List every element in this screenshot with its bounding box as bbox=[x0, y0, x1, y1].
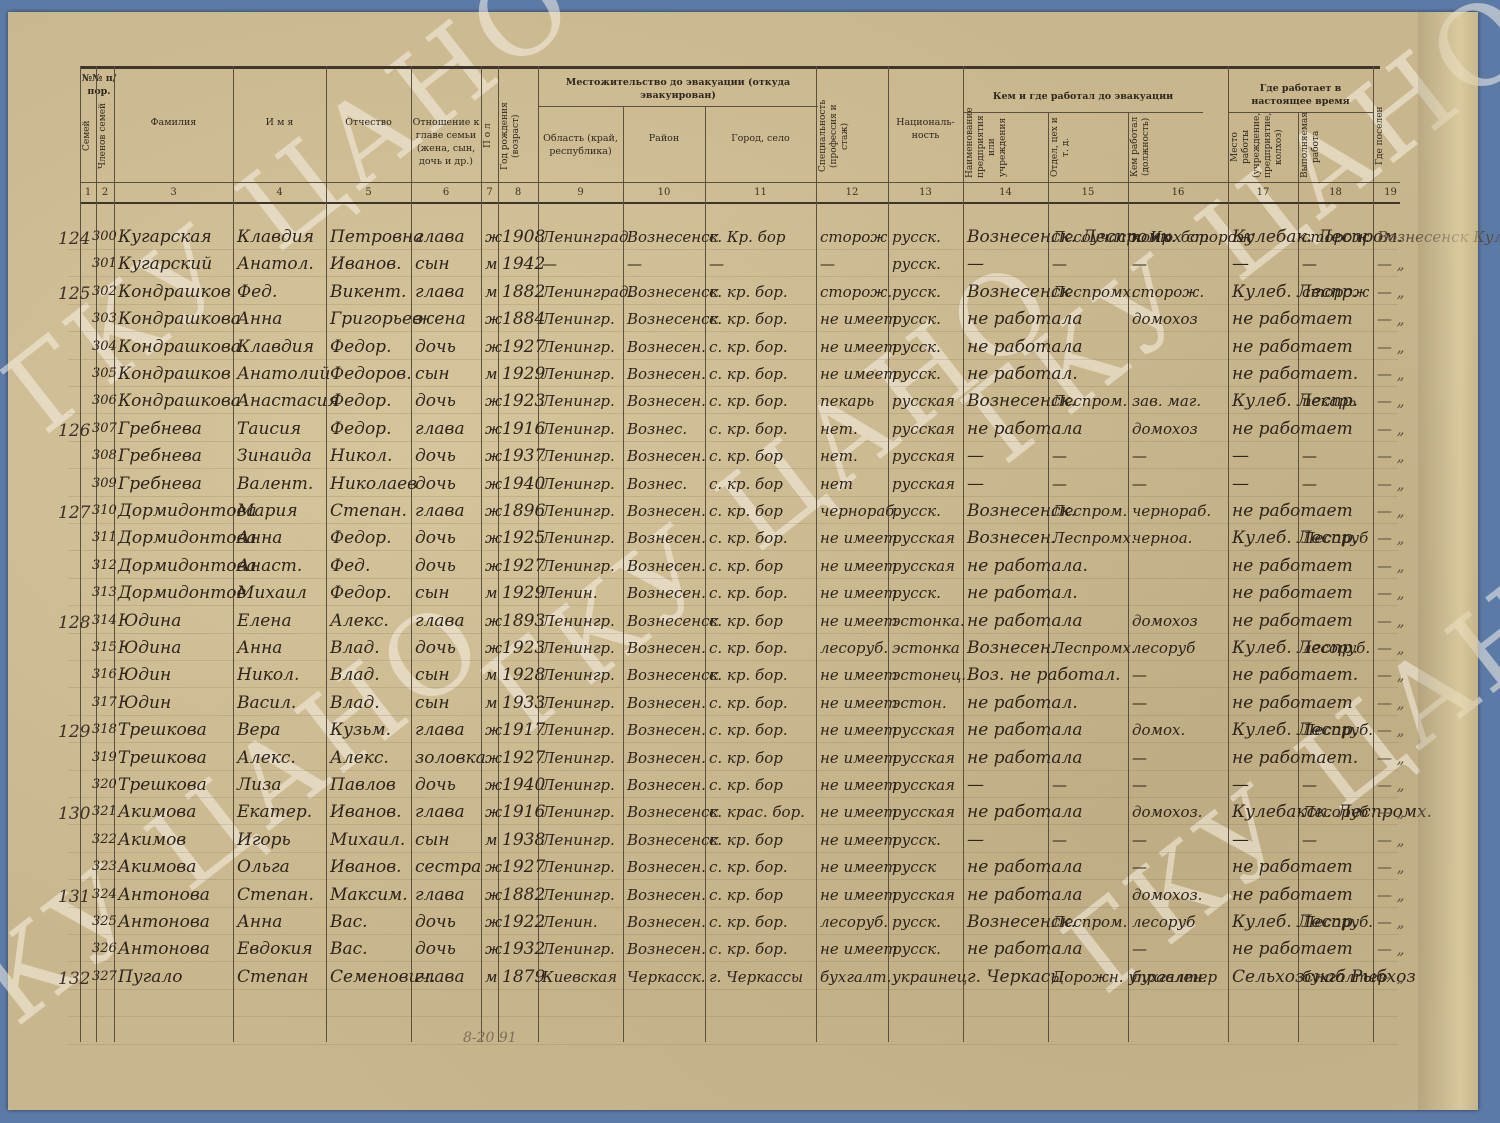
cell-region: Ленингр. bbox=[542, 830, 615, 850]
cell-cur-place: не работает bbox=[1232, 309, 1332, 329]
cell-cur-work: бухгалтер bbox=[1302, 967, 1387, 987]
cell-member: 301 bbox=[92, 254, 117, 274]
cell-sex: ж bbox=[485, 775, 502, 795]
family-number: 125 bbox=[58, 284, 90, 304]
cell-district: Вознесенск bbox=[627, 611, 719, 631]
cell-relation: дочь bbox=[415, 912, 456, 932]
column-number: 5 bbox=[349, 187, 389, 198]
cell-patronymic: Фед. bbox=[330, 556, 370, 576]
ruled-line bbox=[68, 523, 1398, 524]
group-divider bbox=[816, 66, 817, 1042]
ruled-line bbox=[68, 578, 1398, 579]
cell-relation: глава bbox=[415, 885, 465, 905]
cell-specialty: чернораб. bbox=[820, 501, 899, 521]
cell-enterprise: — bbox=[967, 446, 984, 466]
cell-nationality: русск. bbox=[892, 501, 941, 521]
cell-region: Ленингр. bbox=[542, 611, 615, 631]
ruled-line bbox=[68, 441, 1398, 442]
cell-settled: — „ bbox=[1377, 337, 1405, 357]
cell-town: с. кр. бор bbox=[709, 748, 783, 768]
cell-district: Вознесен. bbox=[627, 391, 706, 411]
ruled-line bbox=[68, 989, 1398, 990]
cell-region: Ленингр. bbox=[542, 556, 615, 576]
cell-year: 1942 bbox=[502, 254, 545, 274]
ruled-line bbox=[68, 633, 1398, 634]
cell-patronymic: Николаев bbox=[330, 474, 417, 494]
cell-settled: — „ bbox=[1377, 611, 1405, 631]
header-group-rule bbox=[538, 106, 818, 107]
ruled-line bbox=[68, 742, 1398, 743]
cell-specialty: сторож bbox=[820, 227, 887, 247]
cell-specialty: не имеет bbox=[820, 693, 898, 713]
cell-surname: Кугарский bbox=[118, 254, 212, 274]
cell-region: Ленингр. bbox=[542, 885, 615, 905]
cell-name: Анастасия bbox=[237, 391, 339, 411]
cell-surname: Дормидонтова bbox=[118, 556, 257, 576]
cell-position: — bbox=[1132, 857, 1147, 877]
column-number: 19 bbox=[1371, 187, 1411, 198]
cell-town: с. кр. бор. bbox=[709, 337, 788, 357]
cell-settled: — „ bbox=[1377, 830, 1405, 850]
cell-nationality: русск. bbox=[892, 939, 941, 959]
group-divider bbox=[1373, 66, 1374, 1042]
cell-town: с. кр. бор. bbox=[709, 391, 788, 411]
ruled-line bbox=[68, 331, 1398, 332]
ruled-line bbox=[68, 715, 1398, 716]
cell-member: 300 bbox=[92, 227, 117, 247]
cell-region: Ленингр. bbox=[542, 419, 615, 439]
cell-nationality: русск. bbox=[892, 254, 941, 274]
cell-patronymic: Петровна bbox=[330, 227, 423, 247]
cell-enterprise: не работала bbox=[967, 857, 1082, 877]
cell-relation: дочь bbox=[415, 638, 456, 658]
cell-cur-place: — bbox=[1232, 775, 1249, 795]
column-number: 8 bbox=[498, 187, 538, 198]
cell-nationality: русск. bbox=[892, 227, 941, 247]
cell-specialty: нет. bbox=[820, 419, 858, 439]
cell-cur-work: — bbox=[1302, 474, 1317, 494]
cell-member: 314 bbox=[92, 611, 117, 631]
cell-district: Вознесен. bbox=[627, 912, 706, 932]
ruled-line bbox=[68, 770, 1398, 771]
cell-town: с. кр. бор. bbox=[709, 939, 788, 959]
cell-patronymic: Влад. bbox=[330, 665, 380, 685]
cell-settled: Вознесенск Кул. bbox=[1377, 227, 1442, 247]
cell-year: 1927 bbox=[502, 556, 545, 576]
cell-relation: золовка bbox=[415, 748, 486, 768]
cell-name: Зинаида bbox=[237, 446, 312, 466]
cell-nationality: русская bbox=[892, 419, 955, 439]
cell-surname: Антонова bbox=[118, 939, 210, 959]
cell-nationality: русская bbox=[892, 885, 955, 905]
cell-enterprise: — bbox=[967, 474, 984, 494]
cell-name: Клавдия bbox=[237, 227, 314, 247]
cell-patronymic: Алекс. bbox=[330, 611, 389, 631]
cell-specialty: не имеет bbox=[820, 830, 898, 850]
cell-settled: — „ bbox=[1377, 583, 1405, 603]
column-header: Место работы (учреждение, предприятие, к… bbox=[1230, 116, 1296, 178]
cell-patronymic: Степан. bbox=[330, 501, 407, 521]
cell-surname: Трешкова bbox=[118, 775, 207, 795]
column-header: Отношение к главе семьи (жена, сын, дочь… bbox=[411, 116, 481, 168]
ruled-line bbox=[68, 550, 1398, 551]
cell-year: 1916 bbox=[502, 802, 545, 822]
cell-year: 1884 bbox=[502, 309, 545, 329]
cell-cur-place: не работает bbox=[1232, 556, 1332, 576]
cell-position: — bbox=[1132, 939, 1147, 959]
cell-cur-place: не работает. bbox=[1232, 748, 1332, 768]
cell-member: 305 bbox=[92, 364, 117, 384]
cell-cur-place: не работает bbox=[1232, 337, 1332, 357]
cell-year: 1916 bbox=[502, 419, 545, 439]
cell-member: 302 bbox=[92, 282, 117, 302]
cell-enterprise: не работала bbox=[967, 720, 1082, 740]
cell-position: домохоз bbox=[1132, 309, 1198, 329]
cell-patronymic: Иванов. bbox=[330, 802, 402, 822]
cell-patronymic: Иванов. bbox=[330, 254, 402, 274]
cell-town: г. Черкассы bbox=[709, 967, 803, 987]
cell-specialty: не имеет bbox=[820, 939, 898, 959]
column-header: И м я bbox=[233, 116, 326, 129]
cell-district: Вознесен. bbox=[627, 638, 706, 658]
cell-year: 1929 bbox=[502, 364, 545, 384]
cell-settled: — „ bbox=[1377, 364, 1405, 384]
register-page: ГКУ ЦАНО ГКУ ЦАНО ГКУ ЦАНО ГКУ ЦАНО ГКУ … bbox=[8, 12, 1478, 1110]
cell-district: Вознес. bbox=[627, 419, 687, 439]
cell-cur-place: не работает bbox=[1232, 939, 1332, 959]
cell-year: 1925 bbox=[502, 528, 545, 548]
cell-region: Ленингр. bbox=[542, 665, 615, 685]
cell-relation: дочь bbox=[415, 474, 456, 494]
column-header: Город, село bbox=[705, 132, 816, 145]
cell-town: с. кр. бор. bbox=[709, 857, 788, 877]
cell-relation: глава bbox=[415, 802, 465, 822]
cell-name: Вера bbox=[237, 720, 281, 740]
ruled-line bbox=[68, 660, 1398, 661]
cell-surname: Акимова bbox=[118, 857, 196, 877]
ruled-line bbox=[68, 824, 1398, 825]
cell-district: Вознесен. bbox=[627, 583, 706, 603]
cell-member: 306 bbox=[92, 391, 117, 411]
cell-member: 304 bbox=[92, 337, 117, 357]
cell-year: 1937 bbox=[502, 446, 545, 466]
cell-surname: Гребнева bbox=[118, 446, 202, 466]
cell-sex: ж bbox=[485, 309, 502, 329]
ruled-line bbox=[68, 797, 1398, 798]
column-divider bbox=[326, 66, 327, 1042]
cell-nationality: эстонка bbox=[892, 638, 960, 658]
cell-settled: — „ bbox=[1377, 720, 1405, 740]
cell-member: 320 bbox=[92, 775, 117, 795]
cell-enterprise: — bbox=[967, 830, 984, 850]
cell-member: 303 bbox=[92, 309, 117, 329]
cell-patronymic: Никол. bbox=[330, 446, 392, 466]
cell-patronymic: Федор. bbox=[330, 528, 391, 548]
cell-cur-place: не работает. bbox=[1232, 665, 1332, 685]
cell-cur-work: — bbox=[1302, 830, 1317, 850]
cell-name: Таисия bbox=[237, 419, 301, 439]
cell-patronymic: Вас. bbox=[330, 939, 368, 959]
family-number: 130 bbox=[58, 804, 90, 824]
column-number: 17 bbox=[1243, 187, 1283, 198]
cell-name: Евдокия bbox=[237, 939, 313, 959]
cell-cur-place: не работает bbox=[1232, 885, 1332, 905]
cell-enterprise: Вознесен. bbox=[967, 638, 1056, 658]
cell-position: — bbox=[1132, 693, 1147, 713]
cell-patronymic: Влад. bbox=[330, 693, 380, 713]
column-number: 11 bbox=[741, 187, 781, 198]
cell-relation: дочь bbox=[415, 939, 456, 959]
cell-region: Ленингр. bbox=[542, 939, 615, 959]
ruled-line bbox=[68, 1044, 1398, 1045]
cell-town: с. кр. бор. bbox=[709, 309, 788, 329]
cell-specialty: не имеет bbox=[820, 665, 898, 685]
cell-sex: ж bbox=[485, 528, 502, 548]
cell-settled: — „ bbox=[1377, 857, 1405, 877]
cell-surname: Кугарская bbox=[118, 227, 212, 247]
column-number: 16 bbox=[1158, 187, 1198, 198]
cell-specialty: нет bbox=[820, 474, 853, 494]
cell-cur-work: сторож bbox=[1302, 282, 1369, 302]
header-top-rule bbox=[80, 66, 1380, 69]
cell-sex: ж bbox=[485, 939, 502, 959]
cell-name: Валент. bbox=[237, 474, 313, 494]
cell-town: с. кр. бор bbox=[709, 446, 783, 466]
cell-enterprise: не работала bbox=[967, 885, 1082, 905]
cell-region: Ленин. bbox=[542, 912, 598, 932]
column-header: Семей bbox=[82, 94, 94, 178]
cell-town: с. кр. бор bbox=[709, 611, 783, 631]
cell-sex: ж bbox=[485, 638, 502, 658]
family-number: 124 bbox=[58, 229, 90, 249]
cell-district: Вознесенск bbox=[627, 309, 719, 329]
cell-district: Вознес. bbox=[627, 474, 687, 494]
cell-position: лесоруб bbox=[1132, 912, 1195, 932]
cell-specialty: бухгалт. bbox=[820, 967, 891, 987]
cell-nationality: русская bbox=[892, 748, 955, 768]
cell-dept: Леспром. bbox=[1052, 391, 1127, 411]
cell-town: с. кр. бор. bbox=[709, 364, 788, 384]
cell-specialty: не имеет bbox=[820, 775, 898, 795]
cell-sex: ж bbox=[485, 885, 502, 905]
cell-year: 1917 bbox=[502, 720, 545, 740]
cell-position: черноа. bbox=[1132, 528, 1192, 548]
cell-name: Игорь bbox=[237, 830, 291, 850]
cell-settled: — „ bbox=[1377, 665, 1405, 685]
cell-cur-work: Лесоруб. bbox=[1302, 912, 1373, 932]
cell-town: с. крас. бор. bbox=[709, 802, 805, 822]
cell-surname: Пугало bbox=[118, 967, 182, 987]
cell-district: Вознесен. bbox=[627, 364, 706, 384]
cell-position: сторож. bbox=[1132, 282, 1204, 302]
cell-specialty: не имеет bbox=[820, 748, 898, 768]
cell-nationality: эстонка. bbox=[892, 611, 965, 631]
column-header: Членов семей bbox=[98, 94, 112, 178]
cell-sex: ж bbox=[485, 419, 502, 439]
cell-district: Вознесен. bbox=[627, 775, 706, 795]
ruled-line bbox=[68, 1016, 1398, 1017]
header-group-residence: Местожительство до эвакуации (откуда эва… bbox=[538, 76, 818, 102]
cell-nationality: русск bbox=[892, 857, 936, 877]
cell-year: 1879 bbox=[502, 967, 545, 987]
cell-region: Ленингр. bbox=[542, 748, 615, 768]
cell-surname: Кондрашков bbox=[118, 364, 231, 384]
cell-name: Фед. bbox=[237, 282, 277, 302]
cell-sex: ж bbox=[485, 446, 502, 466]
cell-relation: дочь bbox=[415, 528, 456, 548]
cell-settled: — „ bbox=[1377, 309, 1405, 329]
cell-cur-work: — bbox=[1302, 254, 1317, 274]
cell-relation: сын bbox=[415, 583, 450, 603]
cell-name: Анатол. bbox=[237, 254, 314, 274]
cell-district: Вознесенск bbox=[627, 802, 719, 822]
ruled-line bbox=[68, 879, 1398, 880]
cell-year: 1940 bbox=[502, 474, 545, 494]
cell-relation: глава bbox=[415, 282, 465, 302]
cell-patronymic: Федор. bbox=[330, 419, 391, 439]
cell-cur-place: не работает bbox=[1232, 501, 1332, 521]
cell-settled: — „ bbox=[1377, 528, 1405, 548]
cell-member: 308 bbox=[92, 446, 117, 466]
cell-enterprise: не работала. bbox=[967, 556, 1082, 576]
cell-district: Вознесен. bbox=[627, 857, 706, 877]
cell-cur-place: не работает bbox=[1232, 419, 1332, 439]
cell-member: 310 bbox=[92, 501, 117, 521]
column-divider bbox=[233, 66, 234, 1042]
cell-name: Анатолий bbox=[237, 364, 330, 384]
cell-nationality: русская bbox=[892, 556, 955, 576]
cell-member: 324 bbox=[92, 885, 117, 905]
cell-sex: ж bbox=[485, 474, 502, 494]
cell-district: Вознесен. bbox=[627, 446, 706, 466]
cell-sex: м bbox=[485, 665, 497, 685]
cell-patronymic: Максим. bbox=[330, 885, 408, 905]
cell-dept: — bbox=[1052, 254, 1067, 274]
cell-year: 1928 bbox=[502, 665, 545, 685]
cell-enterprise: — bbox=[967, 254, 984, 274]
cell-sex: ж bbox=[485, 391, 502, 411]
cell-dept: Леспром. bbox=[1052, 501, 1127, 521]
column-number: 3 bbox=[154, 187, 194, 198]
cell-dept: Леспромх. bbox=[1052, 528, 1136, 548]
cell-name: Михаил bbox=[237, 583, 307, 603]
cell-town: с. кр. бор. bbox=[709, 282, 788, 302]
cell-year: 1922 bbox=[502, 912, 545, 932]
ruled-line bbox=[68, 249, 1398, 250]
cell-name: Лиза bbox=[237, 775, 282, 795]
cell-year: 1882 bbox=[502, 885, 545, 905]
cell-name: Анна bbox=[237, 309, 282, 329]
cell-dept: Леспромх. bbox=[1052, 638, 1136, 658]
cell-relation: сестра bbox=[415, 857, 481, 877]
cell-specialty: — bbox=[820, 254, 835, 274]
cell-nationality: украинец bbox=[892, 967, 967, 987]
cell-district: Вознесенск bbox=[627, 665, 719, 685]
cell-position: — bbox=[1132, 775, 1147, 795]
column-header: Отчество bbox=[326, 116, 411, 129]
cell-specialty: не имеет bbox=[820, 720, 898, 740]
cell-sex: м bbox=[485, 364, 497, 384]
cell-cur-work: Лесоруб bbox=[1302, 528, 1368, 548]
cell-year: 1932 bbox=[502, 939, 545, 959]
cell-member: 315 bbox=[92, 638, 117, 658]
cell-member: 318 bbox=[92, 720, 117, 740]
family-number: 126 bbox=[58, 421, 90, 441]
cell-surname: Юдин bbox=[118, 693, 171, 713]
cell-cur-work: — bbox=[1302, 446, 1317, 466]
cell-specialty: не имеет bbox=[820, 885, 898, 905]
cell-relation: дочь bbox=[415, 337, 456, 357]
ruled-line bbox=[68, 934, 1398, 935]
cell-year: 1927 bbox=[502, 857, 545, 877]
cell-relation: сын bbox=[415, 364, 450, 384]
cell-settled: — „ bbox=[1377, 282, 1405, 302]
cell-surname: Кондрашкова bbox=[118, 337, 241, 357]
cell-enterprise: — bbox=[967, 775, 984, 795]
cell-sex: ж bbox=[485, 748, 502, 768]
cell-settled: — „ bbox=[1377, 501, 1405, 521]
cell-nationality: русск. bbox=[892, 309, 941, 329]
cell-settled: — „ bbox=[1377, 638, 1405, 658]
cell-position: — bbox=[1132, 748, 1147, 768]
cell-year: 1908 bbox=[502, 227, 545, 247]
ruled-line bbox=[68, 496, 1398, 497]
cell-position: домохоз. bbox=[1132, 885, 1202, 905]
cell-year: 1923 bbox=[502, 638, 545, 658]
column-header: Фамилия bbox=[114, 116, 233, 129]
cell-member: 316 bbox=[92, 665, 117, 685]
cell-settled: — „ bbox=[1377, 693, 1405, 713]
cell-town: — bbox=[709, 254, 724, 274]
cell-name: Никол. bbox=[237, 665, 299, 685]
cell-enterprise: не работала bbox=[967, 611, 1082, 631]
cell-enterprise: Воз. не работал. bbox=[967, 665, 1082, 685]
cell-region: Ленингр. bbox=[542, 857, 615, 877]
cell-cur-place: не работает bbox=[1232, 583, 1332, 603]
cell-sex: м bbox=[485, 967, 497, 987]
cell-cur-work: сторож bbox=[1302, 227, 1369, 247]
cell-year: 1933 bbox=[502, 693, 545, 713]
cell-enterprise: не работала bbox=[967, 309, 1082, 329]
cell-enterprise: Вознесен. bbox=[967, 528, 1056, 548]
cell-enterprise: не работала bbox=[967, 802, 1082, 822]
ruled-line bbox=[68, 276, 1398, 277]
ruled-line bbox=[68, 687, 1398, 688]
cell-settled: — „ bbox=[1377, 967, 1405, 987]
ruled-line bbox=[68, 386, 1398, 387]
column-number: 12 bbox=[832, 187, 872, 198]
cell-settled: — „ bbox=[1377, 748, 1405, 768]
cell-member: 317 bbox=[92, 693, 117, 713]
cell-sex: ж bbox=[485, 720, 502, 740]
cell-region: Ленингр. bbox=[542, 501, 615, 521]
cell-surname: Трешкова bbox=[118, 720, 207, 740]
cell-member: 325 bbox=[92, 912, 117, 932]
cell-cur-work: Лесоруб bbox=[1302, 802, 1368, 822]
column-header: Где поселен bbox=[1375, 94, 1406, 178]
cell-region: Ленингр. bbox=[542, 693, 615, 713]
cell-region: Ленингр. bbox=[542, 638, 615, 658]
column-number: 2 bbox=[85, 187, 125, 198]
cell-nationality: русская bbox=[892, 720, 955, 740]
cell-nationality: русская bbox=[892, 391, 955, 411]
cell-specialty: лесоруб. bbox=[820, 638, 888, 658]
cell-region: Ленингр. bbox=[542, 775, 615, 795]
cell-sex: ж bbox=[485, 857, 502, 877]
cell-region: Ленингр. bbox=[542, 528, 615, 548]
cell-name: Елена bbox=[237, 611, 292, 631]
cell-region: Киевская bbox=[542, 967, 617, 987]
